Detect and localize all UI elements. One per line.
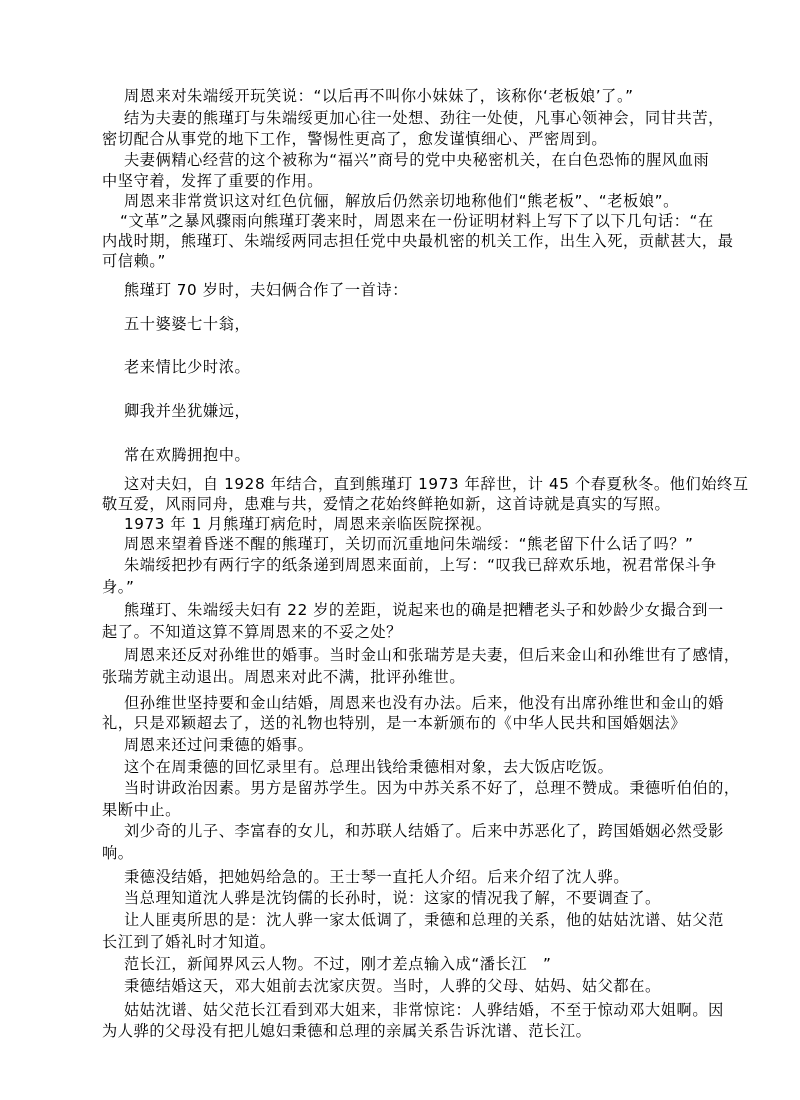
paragraph-line: 为人骅的父母没有把儿媳妇秉德和总理的亲属关系告诉沈谱、范长江。 xyxy=(102,1021,702,1041)
paragraph-line: 礼，只是邓颖超去了，送的礼物也特别，是一本新颁布的《中华人民共和国婚姻法》 xyxy=(102,713,702,733)
paragraph-line: 可信赖。” xyxy=(102,251,702,271)
paragraph-line: 刘少奇的儿子、李富春的女儿，和苏联人结婚了。后来中苏恶化了，跨国婚姻必然受影 xyxy=(124,821,724,841)
paragraph-line: “文革”之暴风骤雨向熊瑾玎袭来时，周恩来在一份证明材料上写下了以下几句话：“在 xyxy=(120,211,720,231)
poem-line: 卿我并坐犹嫌远， xyxy=(124,401,724,421)
paragraph-line: 张瑞芳就主动退出。周恩来对此不满，批评孙维世。 xyxy=(102,667,702,687)
paragraph-line: 熊瑾玎、朱端绥夫妇有 22 岁的差距，说起来也的确是把糟老头子和妙龄少女撮合到一 xyxy=(124,600,724,620)
paragraph-line: 朱端绥把抄有两行字的纸条递到周恩来面前，上写：“叹我已辞欢乐地，祝君常保斗争 xyxy=(124,555,724,575)
paragraph-line: 这个在周秉德的回忆录里有。总理出钱给秉德相对象，去大饭店吃饭。 xyxy=(124,757,724,777)
paragraph-line: 内战时期，熊瑾玎、朱端绥两同志担任党中央最机密的机关工作，出生入死，贡献甚大，最 xyxy=(102,231,702,251)
paragraph-line: 周恩来非常赏识这对红色伉俪，解放后仍然亲切地称他们“熊老板”、“老板娘”。 xyxy=(124,191,724,211)
paragraph-line: 周恩来望着昏迷不醒的熊瑾玎，关切而沉重地问朱端绥：“熊老留下什么话了吗？” xyxy=(124,534,724,554)
paragraph-line: 熊瑾玎 70 岁时，夫妇俩合作了一首诗： xyxy=(124,280,724,300)
paragraph-line: 中坚守着，发挥了重要的作用。 xyxy=(102,171,702,191)
poem-line: 老来情比少时浓。 xyxy=(124,357,724,377)
paragraph-line: 1973 年 1 月熊瑾玎病危时，周恩来亲临医院探视。 xyxy=(124,514,724,534)
paragraph-line: 长江到了婚礼时才知道。 xyxy=(102,932,702,952)
paragraph-line: 结为夫妻的熊瑾玎与朱端绥更加心往一处想、劲往一处使，凡事心领神会，同甘共苦， xyxy=(124,108,724,128)
paragraph-line: 敬互爱，风雨同舟，患难与共，爱情之花始终鲜艳如新，这首诗就是真实的写照。 xyxy=(102,494,702,514)
paragraph-line: 身。” xyxy=(102,577,702,597)
paragraph-line: 响。 xyxy=(102,843,702,863)
poem-line: 常在欢腾拥抱中。 xyxy=(124,445,724,465)
paragraph-line: 周恩来还过问秉德的婚事。 xyxy=(124,735,724,755)
paragraph-line: 但孙维世坚持要和金山结婚，周恩来也没有办法。后来，他没有出席孙维世和金山的婚 xyxy=(124,693,724,713)
paragraph-line: 起了。不知道这算不算周恩来的不妥之处？ xyxy=(102,622,702,642)
paragraph-line: 让人匪夷所思的是：沈人骅一家太低调了，秉德和总理的关系，他的姑姑沈谱、姑父范 xyxy=(124,910,724,930)
poem-line: 五十婆婆七十翁， xyxy=(124,314,724,334)
paragraph-line: 秉德结婚这天，邓大姐前去沈家庆贺。当时，人骅的父母、姑妈、姑父都在。 xyxy=(124,976,724,996)
paragraph-line: 密切配合从事党的地下工作，警惕性更高了，愈发谨慎细心、严密周到。 xyxy=(102,129,702,149)
paragraph-line: 姑姑沈谱、姑父范长江看到邓大姐来，非常惊诧：人骅结婚，不至于惊动邓大姐啊。因 xyxy=(124,1000,724,1020)
paragraph-line: 范长江，新闻界风云人物。不过，刚才差点输入成“潘长江 ” xyxy=(124,954,724,974)
paragraph-line: 当总理知道沈人骅是沈钧儒的长孙时，说：这家的情况我了解，不要调查了。 xyxy=(124,888,724,908)
paragraph-line: 这对夫妇，自 1928 年结合，直到熊瑾玎 1973 年辞世，计 45 个春夏秋… xyxy=(124,474,724,494)
paragraph-line: 当时讲政治因素。男方是留苏学生。因为中苏关系不好了，总理不赞成。秉德听伯伯的， xyxy=(124,778,724,798)
paragraph-line: 秉德没结婚，把她妈给急的。王士琴一直托人介绍。后来介绍了沈人骅。 xyxy=(124,867,724,887)
paragraph-line: 夫妻俩精心经营的这个被称为“福兴”商号的党中央秘密机关，在白色恐怖的腥风血雨 xyxy=(124,150,724,170)
paragraph-line: 周恩来对朱端绥开玩笑说：“以后再不叫你小妹妹了，该称你‘老板娘’了。” xyxy=(124,86,724,106)
paragraph-line: 周恩来还反对孙维世的婚事。当时金山和张瑞芳是夫妻，但后来金山和孙维世有了感情， xyxy=(124,645,724,665)
document-page: 周恩来对朱端绥开玩笑说：“以后再不叫你小妹妹了，该称你‘老板娘’了。” 结为夫妻… xyxy=(0,0,800,1100)
paragraph-line: 果断中止。 xyxy=(102,800,702,820)
